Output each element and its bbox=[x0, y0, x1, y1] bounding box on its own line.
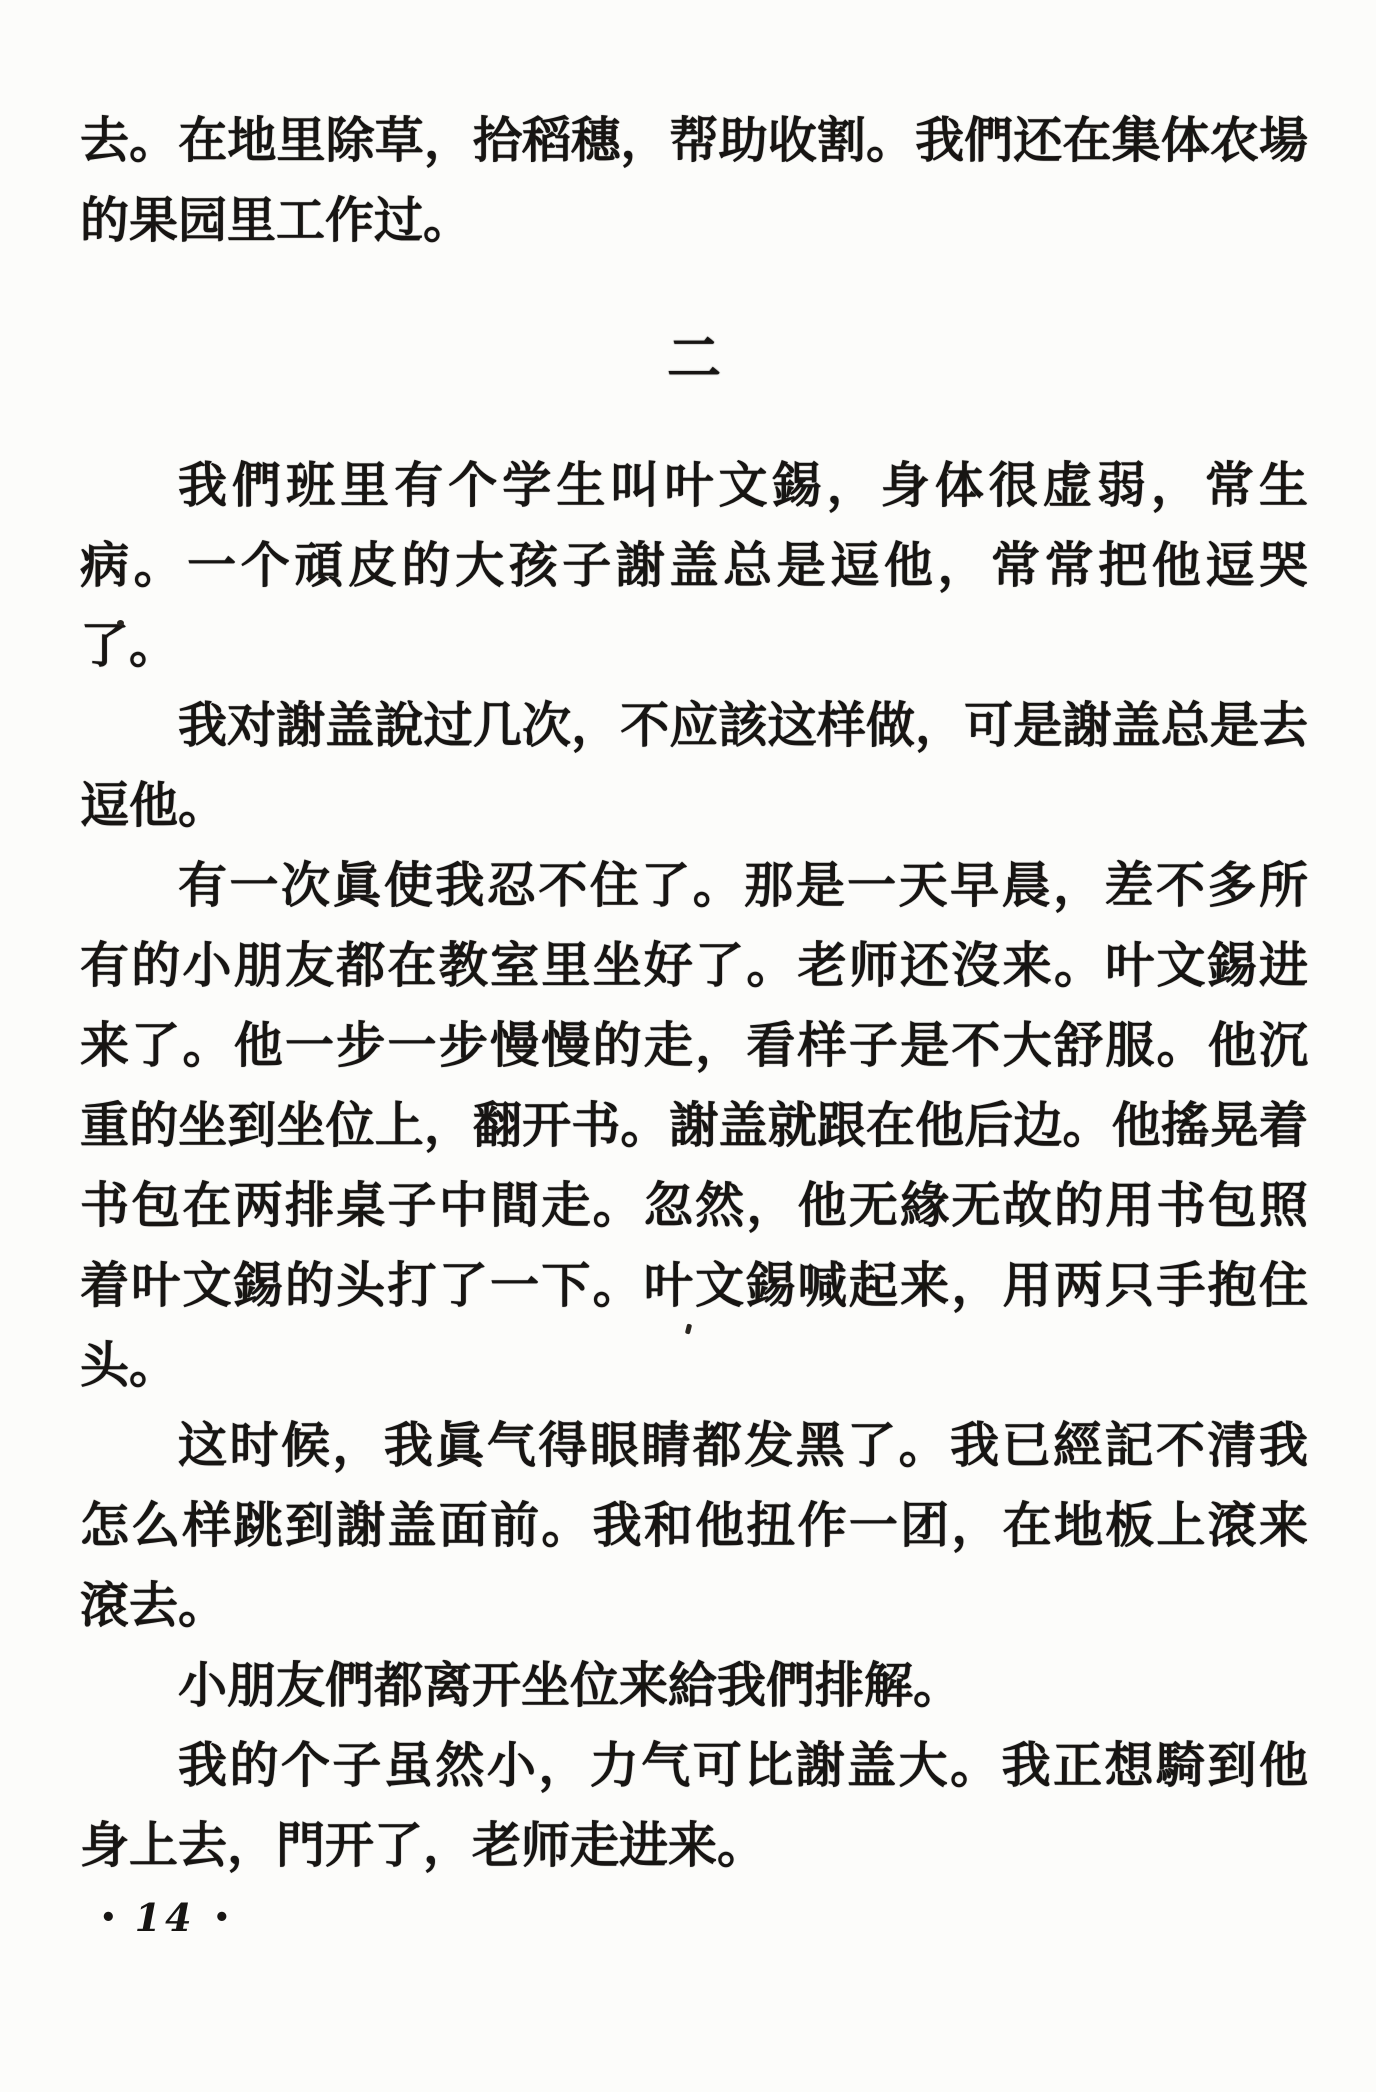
text-line: 着叶文錫的头打了一下。叶文錫喊起来，用两只手抱住 bbox=[80, 1245, 1308, 1325]
book-page: 去。在地里除草，拾稻穗，帮助收割。我們还在集体农場的果园里工作过。二我們班里有个… bbox=[0, 0, 1376, 2092]
text-line: 了。 bbox=[80, 605, 1308, 685]
page-footer: • 14 • bbox=[100, 1896, 230, 1940]
text-line: 来了。他一步一步慢慢的走，看样子是不大舒服。他沉 bbox=[80, 1005, 1308, 1085]
text-line: 病。一个頑皮的大孩子謝盖总是逗他，常常把他逗哭 bbox=[80, 525, 1308, 605]
text-line: 有一次眞使我忍不住了。那是一天早晨，差不多所 bbox=[80, 845, 1308, 925]
text-line: 书包在两排桌子中間走。忽然，他无緣无故的用书包照 bbox=[80, 1165, 1308, 1245]
paragraph: 去。在地里除草，拾稻穗，帮助收割。我們还在集体农場的果园里工作过。 bbox=[80, 100, 1308, 260]
paragraph: 小朋友們都离开坐位来給我們排解。 bbox=[80, 1645, 1308, 1725]
paragraph: 我对謝盖說过几次，不应該这样做，可是謝盖总是去逗他。 bbox=[80, 685, 1308, 845]
text-line: 重的坐到坐位上，翻开书。謝盖就跟在他后边。他搖晃着 bbox=[80, 1085, 1308, 1165]
text-line: 滾去。 bbox=[80, 1565, 1308, 1645]
text-line: 去。在地里除草，拾稻穗，帮助收割。我們还在集体农場 bbox=[80, 100, 1308, 180]
text-line: 的果园里工作过。 bbox=[80, 180, 1308, 260]
text-line: 怎么样跳到謝盖面前。我和他扭作一团，在地板上滾来 bbox=[80, 1485, 1308, 1565]
text-line: 逗他。 bbox=[80, 765, 1308, 845]
text-line: 身上去，門开了，老师走进来。 bbox=[80, 1805, 1308, 1885]
scan-speck bbox=[117, 620, 124, 626]
text-line: 我对謝盖說过几次，不应該这样做，可是謝盖总是去 bbox=[80, 685, 1308, 765]
text-line: 我們班里有个学生叫叶文錫，身体很虚弱，常生 bbox=[80, 445, 1308, 525]
footer-left-dot: • bbox=[100, 1896, 117, 1940]
paragraph: 我的个子虽然小，力气可比謝盖大。我正想騎到他身上去，門开了，老师走进来。 bbox=[80, 1725, 1308, 1885]
paragraph: 我們班里有个学生叫叶文錫，身体很虚弱，常生病。一个頑皮的大孩子謝盖总是逗他，常常… bbox=[80, 445, 1308, 685]
text-line: 这时候，我眞气得眼睛都发黑了。我已經記不清我 bbox=[80, 1405, 1308, 1485]
paragraph: 有一次眞使我忍不住了。那是一天早晨，差不多所有的小朋友都在教室里坐好了。老师还沒… bbox=[80, 845, 1308, 1405]
footer-right-dot: • bbox=[214, 1896, 231, 1940]
text-line: 小朋友們都离开坐位来給我們排解。 bbox=[80, 1645, 1308, 1725]
section-heading: 二 bbox=[80, 328, 1308, 388]
text-line: 头。 bbox=[80, 1325, 1308, 1405]
page-number: 14 bbox=[135, 1896, 196, 1940]
text-line: 有的小朋友都在教室里坐好了。老师还沒来。叶文錫进 bbox=[80, 925, 1308, 1005]
text-line: 我的个子虽然小，力气可比謝盖大。我正想騎到他 bbox=[80, 1725, 1308, 1805]
page-body: 去。在地里除草，拾稻穗，帮助收割。我們还在集体农場的果园里工作过。二我們班里有个… bbox=[80, 100, 1308, 1885]
paragraph: 这时候，我眞气得眼睛都发黑了。我已經記不清我怎么样跳到謝盖面前。我和他扭作一团，… bbox=[80, 1405, 1308, 1645]
